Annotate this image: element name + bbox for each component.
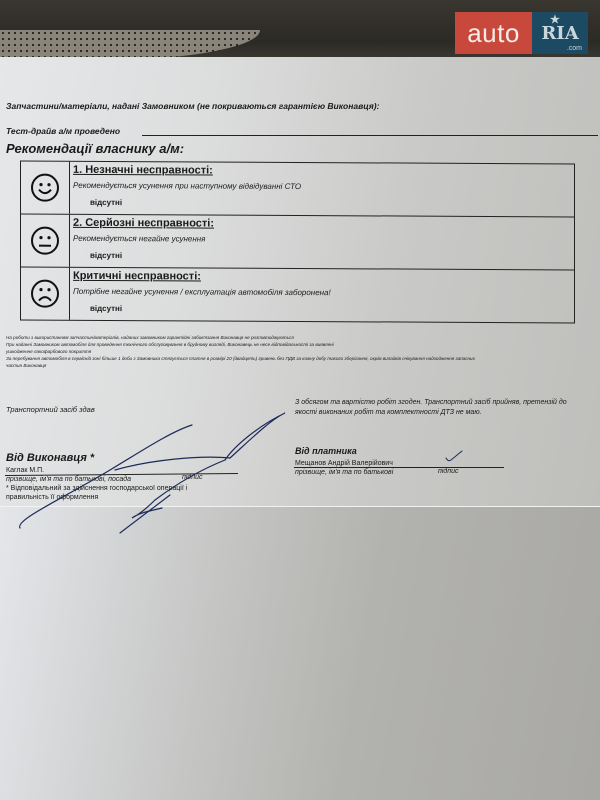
payer-signature-caption: підпис — [438, 468, 459, 475]
recommendation-row: Критичні несправності: Потрібне негайне … — [21, 268, 574, 323]
smiley-neutral-icon — [30, 226, 60, 256]
autoria-watermark: auto ★ RIA .com — [455, 12, 588, 54]
payer-signature-line — [294, 467, 504, 468]
executor-signature-caption: підпис — [182, 474, 203, 481]
smiley-sad-icon — [30, 279, 60, 309]
recommendation-row: 2. Серйозні несправності: Рекомендується… — [21, 215, 574, 271]
perforated-leather — [0, 30, 260, 60]
payer-name: Мещанов Андрій Валерійович — [295, 460, 393, 467]
watermark-ria: ★ RIA .com — [532, 12, 588, 54]
fine-print-line: На роботи з використанням запчастин/мате… — [6, 335, 294, 340]
agreement-line: якості виконаних робіт та комплектності … — [295, 409, 482, 416]
recommendation-desc: Потрібне негайне усунення / експлуатація… — [73, 287, 331, 297]
recommendation-desc: Рекомендується негайне усунення — [73, 234, 205, 244]
executor-caption: прізвище, ім'я та по батькові, посада — [6, 476, 131, 483]
fine-print-line: При наданні Замовником автомобіля для пр… — [6, 342, 334, 347]
fine-print-line: За перебування автомобіля в сервісній зо… — [6, 356, 475, 361]
agreement-line: З обсягом та вартістю робіт згоден. Тран… — [295, 399, 567, 406]
watermark-auto: auto — [455, 12, 532, 54]
recommendation-desc: Рекомендується усунення при наступному в… — [73, 181, 301, 191]
fine-print-line: ушкодження лакофарбового покриття — [6, 349, 91, 354]
recommendation-value: відсутні — [90, 198, 122, 207]
payer-caption: прізвище, ім'я та по батькові — [295, 469, 393, 476]
fine-print-line: частин Виконавця — [6, 363, 46, 368]
recommendation-title: Критичні несправності: — [73, 270, 201, 283]
executor-footnote: * Відповідальний за здійснення господарс… — [6, 485, 187, 492]
document-sheet-lower — [0, 506, 600, 800]
executor-heading: Від Виконавця * — [6, 452, 94, 464]
recommendation-row: 1. Незначні несправності: Рекомендується… — [21, 162, 574, 218]
executor-footnote: правильність її оформлення — [6, 494, 98, 501]
recommendations-table: 1. Незначні несправності: Рекомендується… — [20, 161, 575, 324]
payer-heading: Від платника — [295, 446, 357, 456]
test-drive-line — [142, 135, 598, 136]
recommendation-title: 1. Незначні несправності: — [73, 164, 213, 177]
parts-line: Запчастини/матеріали, надані Замовником … — [6, 101, 379, 111]
recommendation-value: відсутні — [90, 304, 122, 313]
test-drive-label: Тест-драйв а/м проведено — [6, 126, 120, 136]
star-icon: ★ — [550, 13, 560, 26]
recommendation-value: відсутні — [90, 251, 122, 260]
executor-name: Каглак М.П. — [6, 467, 44, 474]
recommendation-title: 2. Серйозні несправності: — [73, 217, 214, 230]
vehicle-handed-label: Транспортний засіб здав — [6, 405, 95, 414]
recommendations-title: Рекомендації власнику а/м: — [6, 141, 184, 156]
smiley-happy-icon — [30, 173, 60, 203]
